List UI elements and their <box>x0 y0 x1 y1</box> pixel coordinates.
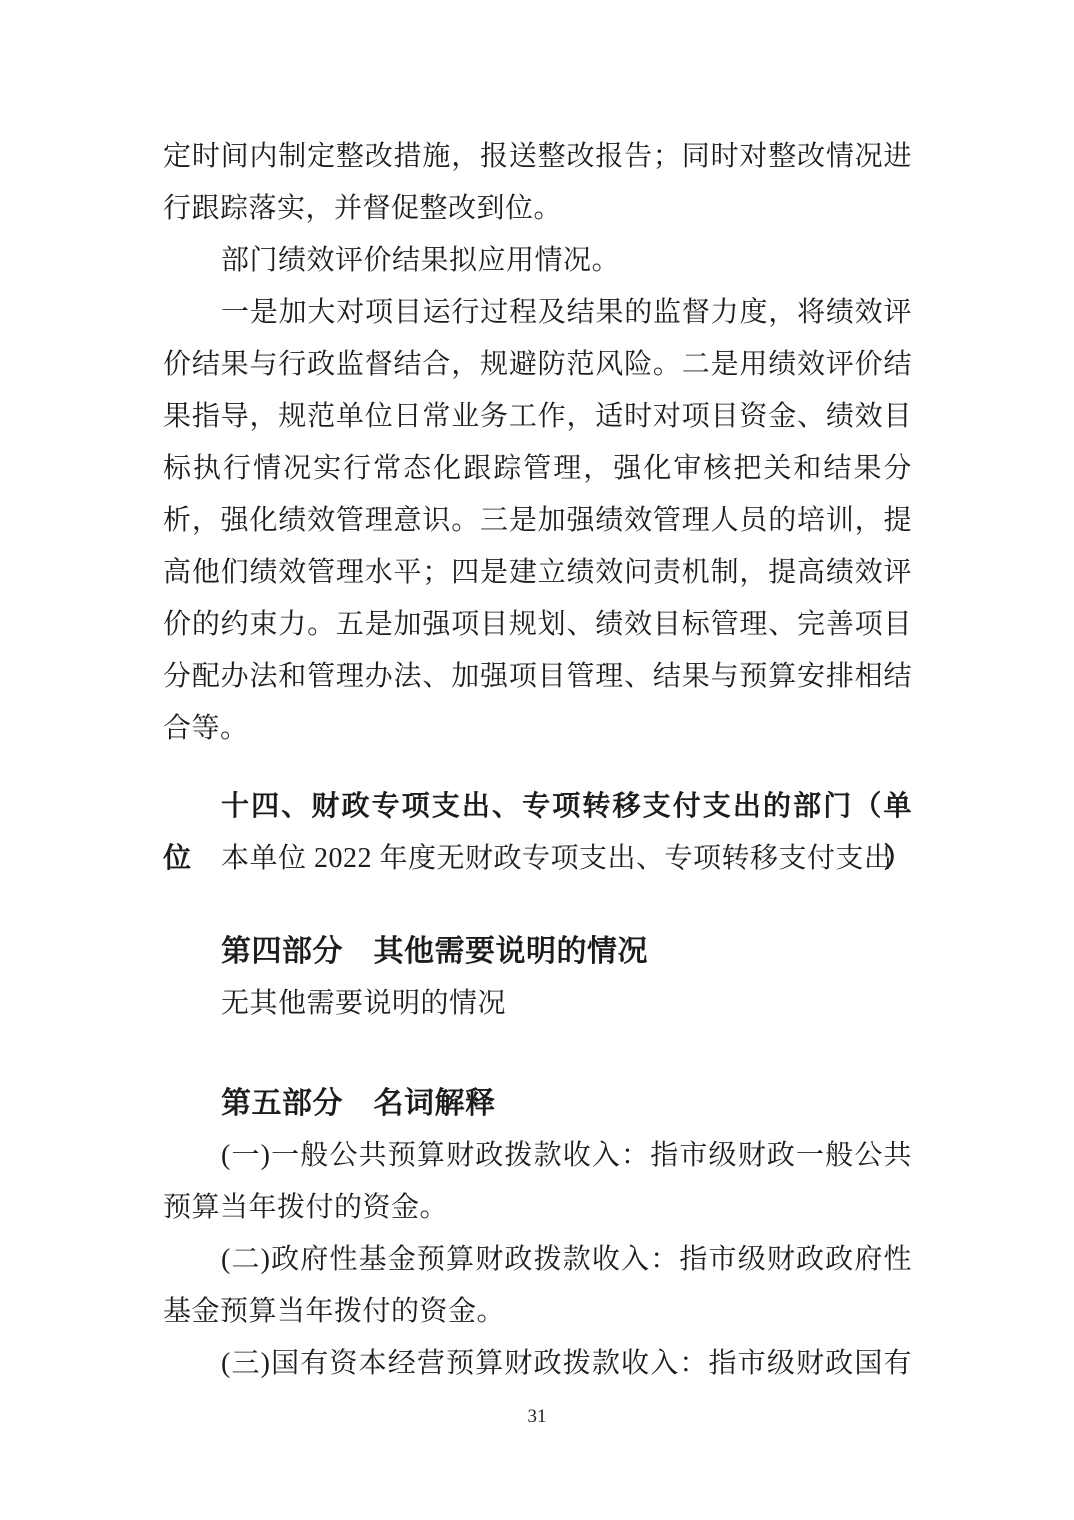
paragraph-line: (三)国有资本经营预算财政拨款收入：指市级财政国有 <box>163 1338 912 1390</box>
part-4-heading: 第四部分 其他需要说明的情况 <box>163 926 912 978</box>
paragraph-line: 析，强化绩效管理意识。三是加强绩效管理人员的培训，提 <box>163 495 912 547</box>
paragraph-line: 分配办法和管理办法、加强项目管理、结果与预算安排相结 <box>163 651 912 703</box>
paragraph-line: 价结果与行政监督结合，规避防范风险。二是用绩效评价结 <box>163 339 912 391</box>
paragraph-line: (二)政府性基金预算财政拨款收入：指市级财政政府性 <box>163 1234 912 1286</box>
section-14-heading: 十四、财政专项支出、专项转移支付支出的部门（单位） <box>163 781 912 833</box>
page-number: 31 <box>528 1406 547 1427</box>
page-footer: 31 <box>0 1406 1074 1428</box>
paragraph-line: 价的约束力。五是加强项目规划、绩效目标管理、完善项目 <box>163 599 912 651</box>
paragraph-line: 一是加大对项目运行过程及结果的监督力度，将绩效评 <box>163 287 912 339</box>
paragraph-line: 高他们绩效管理水平；四是建立绩效问责机制，提高绩效评 <box>163 547 912 599</box>
paragraph-line: 行跟踪落实，并督促整改到位。 <box>163 183 912 235</box>
paragraph-line: 部门绩效评价结果拟应用情况。 <box>163 235 912 287</box>
paragraph-line: 无其他需要说明的情况 <box>163 978 912 1030</box>
paragraph-line: 本单位 2022 年度无财政专项支出、专项转移支付支出 <box>163 833 912 885</box>
document-page: 定时间内制定整改措施，报送整改报告；同时对整改情况进 行跟踪落实，并督促整改到位… <box>0 0 1074 1520</box>
paragraph-line: 标执行情况实行常态化跟踪管理，强化审核把关和结果分 <box>163 443 912 495</box>
paragraph-line: 合等。 <box>163 703 912 755</box>
part-5-heading: 第五部分 名词解释 <box>163 1078 912 1130</box>
paragraph-line: 定时间内制定整改措施，报送整改报告；同时对整改情况进 <box>163 131 912 183</box>
paragraph-line: 果指导，规范单位日常业务工作，适时对项目资金、绩效目 <box>163 391 912 443</box>
paragraph-line: (一)一般公共预算财政拨款收入：指市级财政一般公共 <box>163 1130 912 1182</box>
paragraph-line: 基金预算当年拨付的资金。 <box>163 1286 912 1338</box>
document-content: 定时间内制定整改措施，报送整改报告；同时对整改情况进 行跟踪落实，并督促整改到位… <box>0 0 1074 1390</box>
paragraph-line: 预算当年拨付的资金。 <box>163 1182 912 1234</box>
